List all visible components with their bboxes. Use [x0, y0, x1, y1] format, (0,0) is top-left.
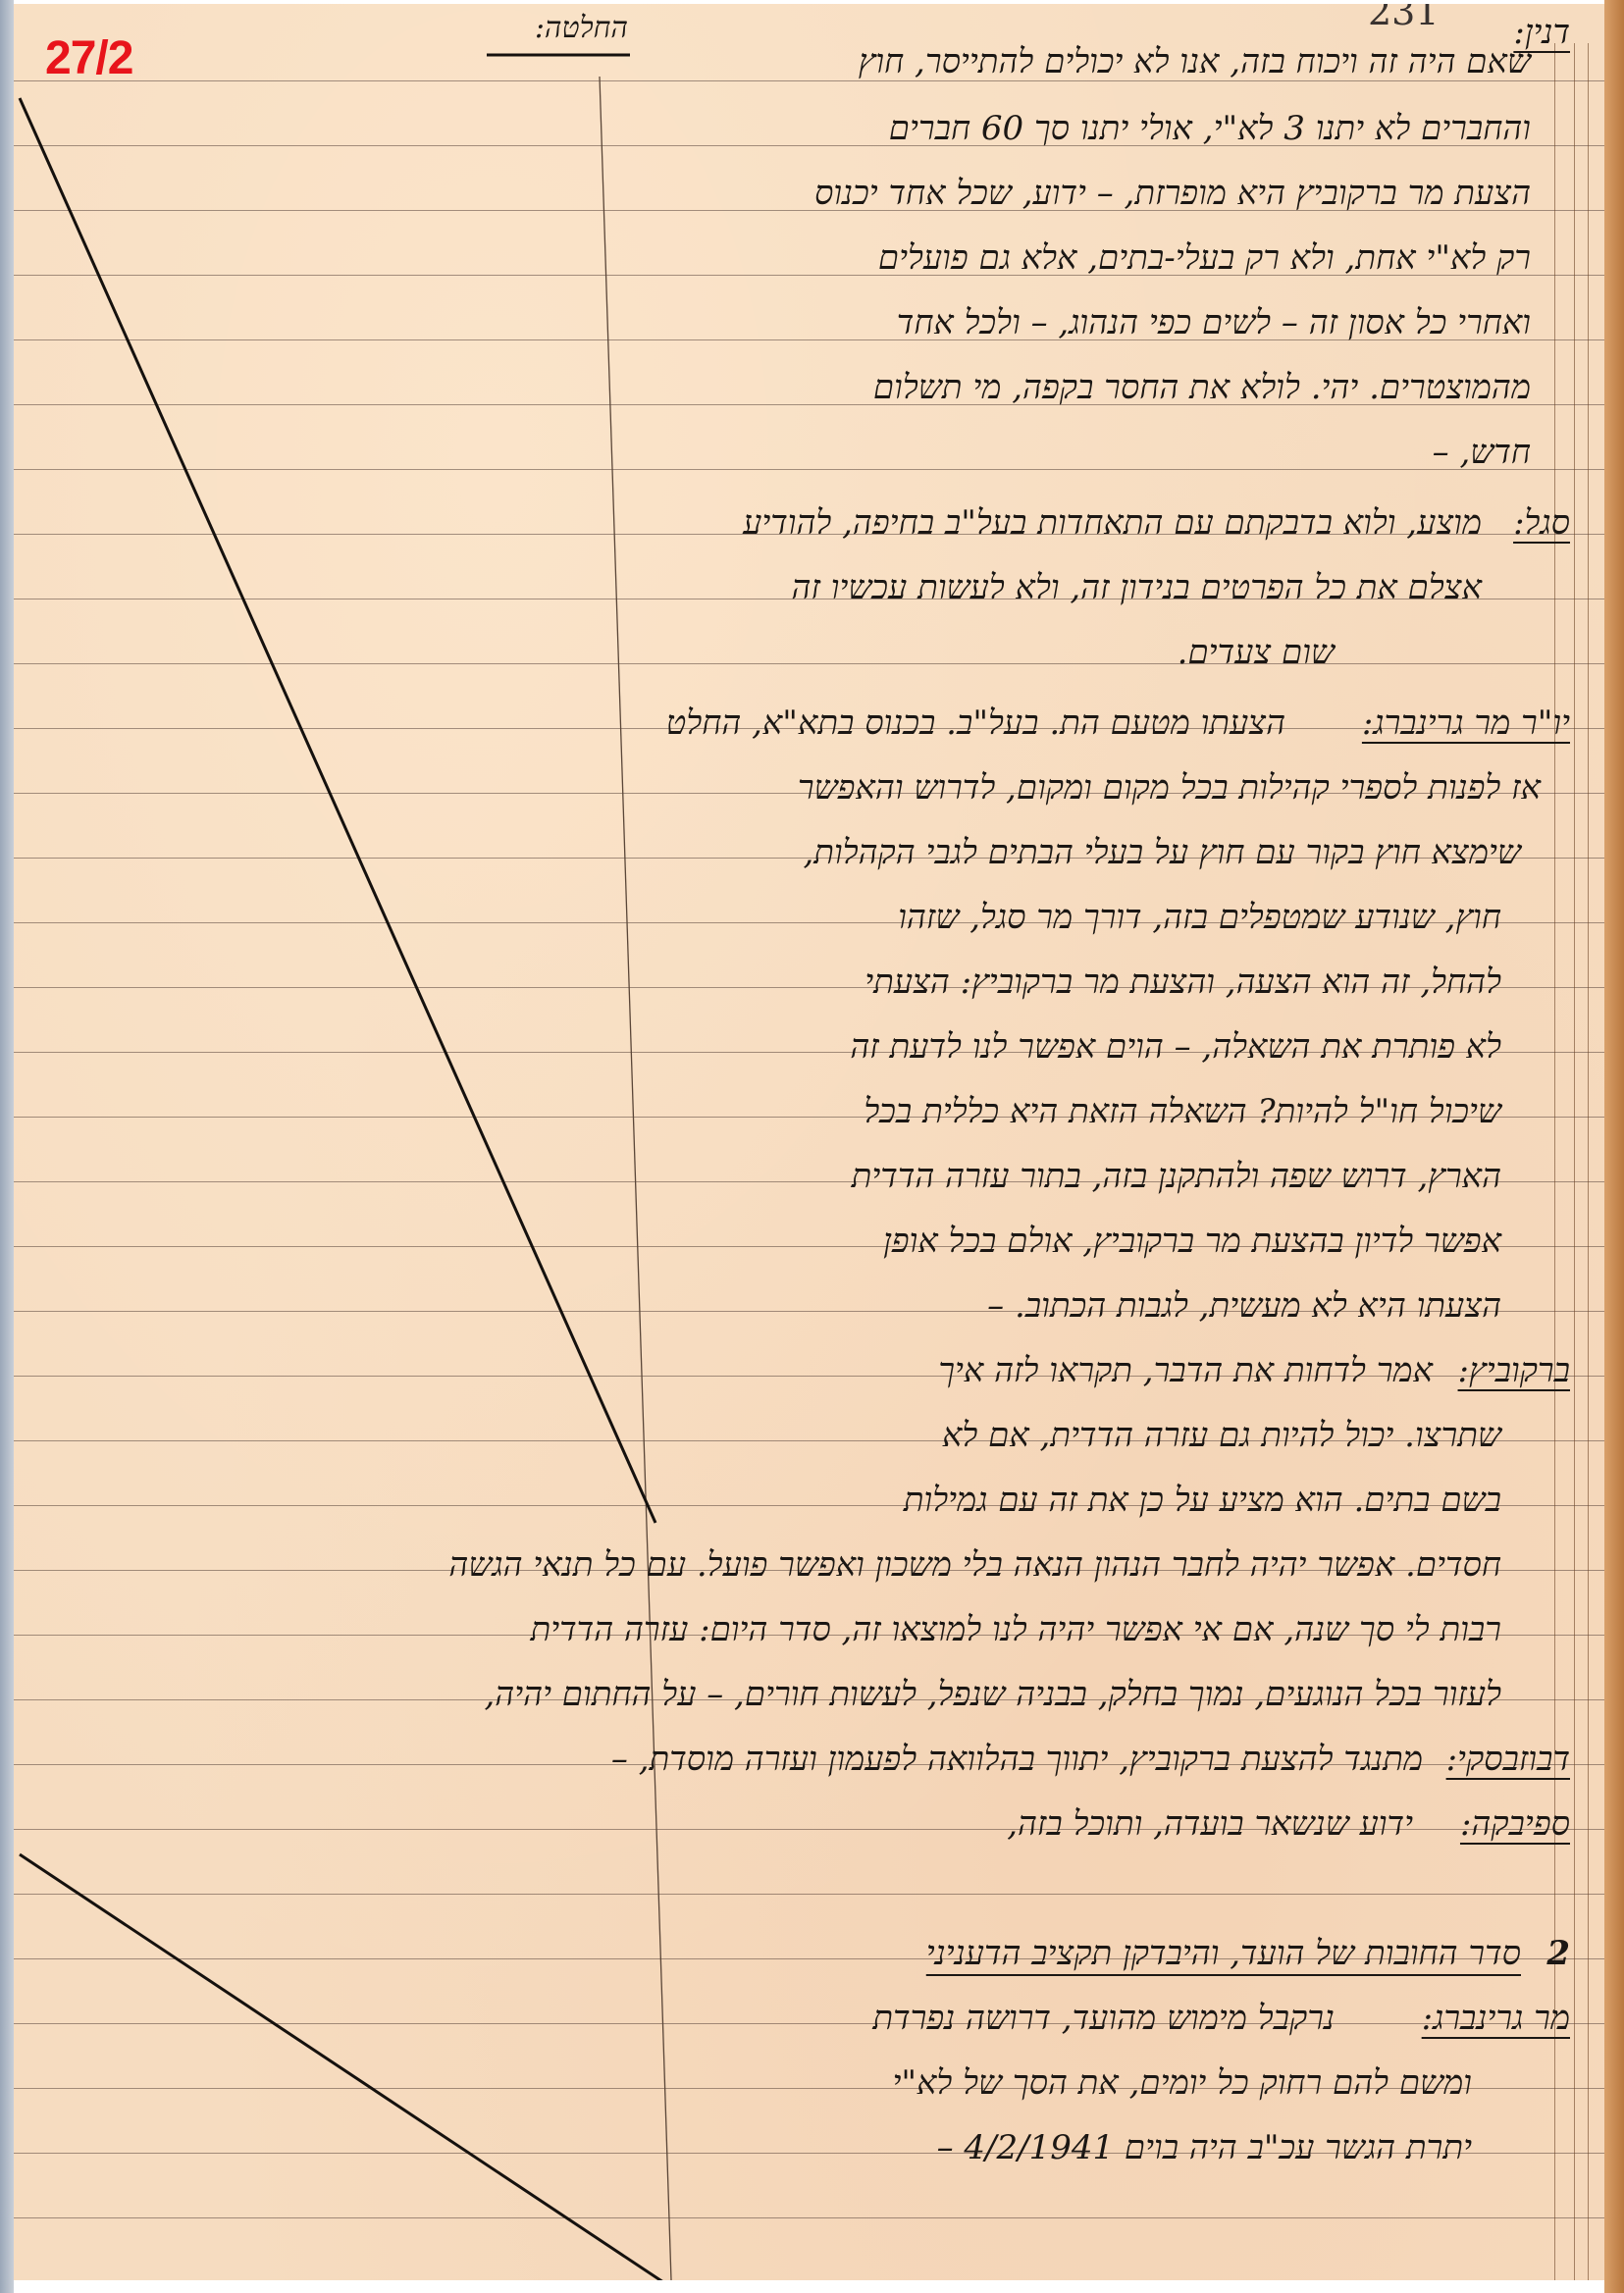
speaker-label: דבוזבסקי:	[1446, 1743, 1570, 1776]
text-line: חסדים. אפשר יהיה לחבר הנהון הנאה בלי משכ…	[448, 1548, 1501, 1582]
text-line: שימצא חוץ בקור עם חוץ על בעלי הבתים לגבי…	[803, 836, 1521, 869]
text-line: רבות לי סך שנה, אם אי אפשר יהיה לנו למוצ…	[530, 1613, 1501, 1646]
speaker-label: סגל:	[1513, 506, 1570, 540]
speaker-label: יו"ר מר גרינברג:	[1362, 706, 1570, 740]
text-line: הארץ, דרוש שפה ולהתקנן בזה, בתור עזרה הד…	[852, 1160, 1501, 1193]
text-line: ומשם להם רחוק כל יומים, את הסך של לא"י	[892, 2066, 1472, 2100]
page-number: 231	[1368, 4, 1440, 33]
text-line: בשם בתים. הוא מציע על כן את זה עם גמילות	[904, 1484, 1501, 1517]
archive-label: 27/2	[45, 31, 132, 85]
speaker-label: ספיבקה:	[1460, 1807, 1570, 1841]
text-line: אמר לדחות את הדבר, תקראו לזה איך	[938, 1354, 1433, 1387]
text-line: שיכול חו"ל להיות? השאלה הזאת היא כללית ב…	[864, 1095, 1501, 1128]
notebook-page: 27/2 231 החלטה: דנין: שאם היה זה ויכוח ב…	[14, 4, 1609, 2280]
text-line: והחברים לא יתנו 3 לא"י, אולי יתנו סך 60 …	[889, 112, 1531, 145]
cross-out-diagonal-top	[20, 98, 655, 1523]
text-line: חדש, –	[1433, 436, 1531, 469]
text-line: להחל, זה הוא הצעה, והצעת מר ברקוביץ: הצע…	[864, 965, 1501, 999]
left-margin-line	[600, 77, 671, 2280]
text-line: הצעתו מטעם הת. בעל"ב. בכנוס בתא"א, החלט	[666, 706, 1285, 740]
text-line: נרקבל מימוש מהועד, דרושה נפרדת	[872, 2002, 1335, 2035]
text-line: מהמוצטרים. יהי. לולא את החסר בקפה, מי תש…	[873, 371, 1531, 404]
text-line: אפשר לדיון בהצעת מר ברקוביץ, אולם בכל או…	[883, 1225, 1501, 1258]
page-edge	[1604, 0, 1624, 2293]
cross-out-diagonal-bottom	[20, 1854, 663, 2280]
text-line: שום צעדים.	[1178, 636, 1335, 669]
agenda-item-number: 2	[1546, 1937, 1570, 1970]
margin-heading: החלטה:	[535, 14, 628, 43]
text-line: שאם היה זה ויכוח בזה, אנו לא יכולים להתי…	[859, 45, 1531, 78]
text-line: אז לפנות לספרי קהילות בכל מקום ומקום, לד…	[798, 771, 1541, 805]
text-line: שתרצו. יכול להיות גם עזרה הדדית, אם לא	[942, 1419, 1501, 1452]
text-line: ידוע שנשאר בועדה, ותוכל בזה,	[1007, 1807, 1413, 1841]
text-line: לא פותרת את השאלה, – הוים אפשר לנו לדעת …	[850, 1030, 1501, 1064]
text-line: יתרת הגשר עכ"ב היה בוים 4/2/1941 –	[937, 2131, 1472, 2164]
agenda-item-title: סדר החובות של הועד, והיבדקן תקציב הדענינ…	[926, 1937, 1521, 1970]
text-line: ואחרי כל אסון זה – לשים כפי הנהוג, – ולכ…	[897, 306, 1531, 339]
text-line: מוצע, ולוא בדבקתם עם התאחדות בעל"ב בחיפה…	[743, 506, 1482, 540]
text-line: מתנגד להצעת ברקוביץ, יתווך בהלוואה לפעמו…	[611, 1743, 1423, 1776]
text-line: רק לא"י אחת, ולא רק בעלי-בתים, אלא גם פו…	[878, 241, 1531, 275]
speaker-label: ברקוביץ:	[1458, 1354, 1570, 1387]
text-line: לעזור בכל הנוגעים, נמוך בחלק, בבניה שנפל…	[485, 1678, 1502, 1711]
text-line: חוץ, שנודע שמטפלים בזה, דורך מר סגל, שזה…	[898, 901, 1501, 934]
speaker-label: מר גרינברג:	[1422, 2002, 1570, 2035]
text-line: הצעתו היא לא מעשית, לגבות הכתוב. –	[987, 1289, 1501, 1323]
text-line: אצלם את כל הפרטים בנידון זה, ולא לעשות ע…	[792, 571, 1482, 604]
binding-shadow	[0, 0, 14, 2293]
text-line: הצעת מר ברקוביץ היא מופרזת, – ידוע, שכל …	[814, 177, 1531, 210]
